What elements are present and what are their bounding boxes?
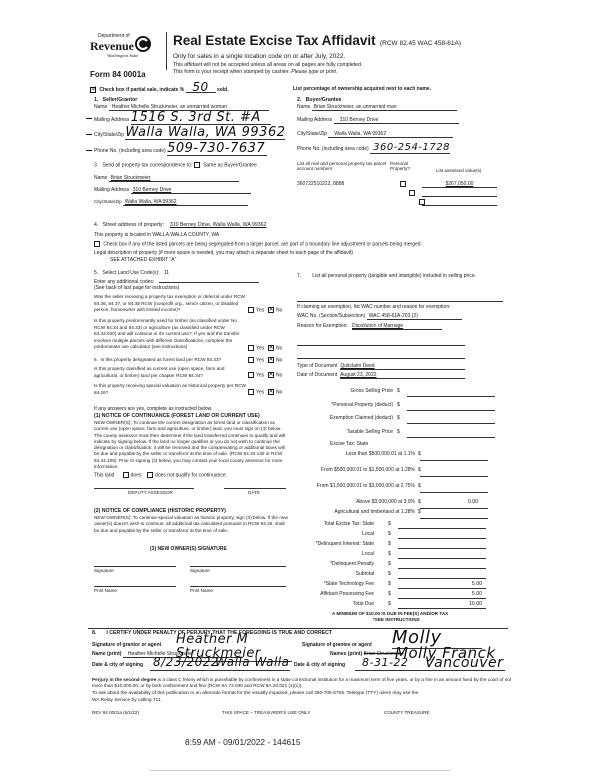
parcel-col-personal: Personal Property? bbox=[390, 161, 420, 171]
signature-label-2: Signature bbox=[190, 568, 210, 573]
tax-total-line[interactable] bbox=[398, 588, 486, 589]
currency-symbol: $ bbox=[388, 601, 391, 607]
seller-city-dash bbox=[86, 134, 92, 135]
tax-total-line[interactable] bbox=[398, 538, 486, 539]
currency-symbol: $ bbox=[388, 551, 391, 557]
buyer-phone-field[interactable]: 360-254-1728 bbox=[370, 143, 450, 154]
page-title: Real Estate Excise Tax Affidavit (RCW 82… bbox=[173, 33, 461, 48]
dor-state-label: Washington State bbox=[107, 53, 138, 58]
ownership-note: List percentage of ownership acquired ne… bbox=[293, 86, 431, 92]
parcel-value[interactable] bbox=[422, 190, 497, 197]
corr-name-row: Name Brian Struckmeier bbox=[94, 175, 239, 182]
excise-tax-label: Excise Tax: State bbox=[330, 441, 368, 447]
parcel-value[interactable]: $267,050.00 bbox=[422, 181, 497, 188]
tax-total-label: Local bbox=[264, 551, 374, 557]
parcel-list: 360722510222, 8888 $267,050.00 bbox=[0, 0, 600, 6]
notice2-title: (2) NOTICE OF COMPLIANCE (HISTORIC PROPE… bbox=[94, 508, 226, 514]
currency-symbol: $ bbox=[397, 429, 400, 435]
additional-codes-field[interactable] bbox=[159, 278, 259, 283]
yes-checkbox[interactable] bbox=[248, 307, 254, 313]
seller-mailing-row: Mailing Address 1516 S. 3rd St. #A bbox=[94, 112, 271, 125]
currency-symbol: $ bbox=[418, 467, 421, 473]
dor-logo-icon bbox=[134, 35, 152, 53]
currency-symbol: $ bbox=[418, 483, 421, 489]
corr-mailing-row: Mailing Address 310 Berney Drive bbox=[94, 187, 251, 194]
tax-row-line[interactable] bbox=[407, 437, 495, 438]
parcel-col-numbers: List all real and personal property tax … bbox=[297, 161, 389, 171]
currency-symbol: $ bbox=[418, 499, 421, 505]
street-field[interactable]: 310 Berney Drive, Walla Walla, WA 99362 bbox=[170, 222, 267, 228]
buyer-name-field[interactable]: Brian Struckmeier, an unmarried man bbox=[312, 104, 457, 111]
seller-city-field[interactable]: Walla Walla, WA 99362 bbox=[125, 127, 285, 140]
section7-row: 7. List all personal property (tangible … bbox=[297, 273, 476, 279]
partial-sale-checkbox[interactable]: ✓ bbox=[90, 87, 96, 93]
currency-symbol: $ bbox=[397, 402, 400, 408]
yes-option[interactable]: Yes bbox=[248, 357, 264, 363]
currency-symbol: $ bbox=[418, 451, 421, 457]
tax-bracket-line[interactable] bbox=[420, 476, 488, 477]
tax-total-label: *State Technology Fee bbox=[264, 581, 374, 587]
notice1-text: NEW OWNER(S): To continue the current de… bbox=[94, 420, 288, 470]
reason-line-3 bbox=[297, 358, 465, 359]
doc-type-row: Type of Document Quitclaim Deed bbox=[297, 363, 465, 370]
doc-date-field[interactable]: August 23, 2022 bbox=[340, 372, 465, 379]
tax-total-value: 5.00 bbox=[452, 581, 482, 587]
tax-bracket-value: 0.00 bbox=[448, 499, 478, 505]
yes-checkbox[interactable] bbox=[248, 372, 254, 378]
tax-total-line[interactable] bbox=[398, 578, 486, 579]
this-land-row: This land does does not qualify for cont… bbox=[94, 472, 227, 478]
additional-codes-row: Enter any additional codes: bbox=[94, 278, 259, 285]
tax-total-label: Total Due bbox=[264, 601, 374, 607]
subtitle: Only for sales in a single location code… bbox=[173, 53, 345, 60]
grantee-date[interactable]: 8-31-22 bbox=[362, 656, 408, 669]
buyer-mailing-row: Mailing Address 310 Berney Drive bbox=[297, 117, 459, 124]
partial-sale-suffix: sold. bbox=[217, 87, 229, 93]
note-receipt: This form is your receipt when stamped b… bbox=[173, 69, 337, 75]
reason-row: Reason for Exemption: Dissolution of Mar… bbox=[297, 323, 442, 330]
signature-line-1 bbox=[94, 566, 176, 567]
currency-symbol: $ bbox=[388, 561, 391, 567]
correspondence-row: 3. Send all property tax correspondence … bbox=[94, 162, 257, 168]
grantee-date-line bbox=[355, 670, 505, 671]
note-completed: This affidavit will not be accepted unle… bbox=[173, 62, 362, 68]
county-treasure: COUNTY TREASURE bbox=[384, 710, 430, 715]
located-field: WALLA WALLA COUNTY, WA bbox=[152, 232, 219, 238]
corr-name-field[interactable]: Brian Struckmeier bbox=[109, 175, 239, 182]
buyer-city-row: City/State/Zip Walla Walla, WA 99362 bbox=[297, 131, 453, 138]
seller-heading: 1. Seller/Grantor bbox=[94, 97, 137, 103]
grantor-date-label: Date & city of signing bbox=[92, 662, 143, 668]
partial-sale-label: Check box if partial sale, indicate % bbox=[99, 87, 184, 93]
currency-symbol: $ bbox=[388, 591, 391, 597]
no-option[interactable]: No bbox=[268, 307, 282, 313]
yes-checkbox[interactable] bbox=[248, 357, 254, 363]
corr-city-field[interactable]: Walla Walla, WA 99362 bbox=[123, 199, 248, 206]
tax-total-line[interactable] bbox=[398, 568, 486, 569]
grantee-date-label: Date & city of signing bbox=[294, 662, 345, 668]
seller-mailing-dash bbox=[86, 118, 92, 119]
yes-no-question: Is this property predominantly used for … bbox=[94, 318, 246, 351]
treasurer-use: THIS SPACE – TREASURER'S USE ONLY bbox=[222, 710, 310, 715]
tax-row-label: Exemption Claimed (deduct) bbox=[273, 415, 393, 421]
yes-checkbox[interactable] bbox=[248, 389, 254, 395]
located-row: This property is located in WALLA WALLA … bbox=[94, 232, 219, 238]
wac-row: WAC No. (Section/Subsection) WAC 458-61A… bbox=[297, 313, 462, 320]
no-option[interactable]: No bbox=[268, 372, 282, 378]
no-checkbox[interactable] bbox=[268, 372, 274, 378]
no-checkbox[interactable] bbox=[268, 307, 274, 313]
header-divider bbox=[166, 32, 167, 70]
segregated-checkbox[interactable] bbox=[94, 241, 100, 247]
if-yes-note: If any answers are yes, complete as inst… bbox=[94, 406, 212, 412]
yes-no-question: Was the seller receiving a property tax … bbox=[94, 294, 246, 314]
same-as-buyer-checkbox[interactable] bbox=[194, 162, 200, 168]
street-row: 4. Street address of property: 310 Berne… bbox=[94, 222, 266, 228]
new-owner-signature-heading: (3) NEW OWNER(S) SIGNATURE bbox=[150, 546, 227, 552]
grantee-city[interactable]: Vancouver bbox=[425, 655, 503, 671]
tax-total-line[interactable] bbox=[398, 558, 486, 559]
buyer-name-row: Name Brian Struckmeier, an unmarried man bbox=[297, 104, 457, 111]
legal-description: SEE ATTACHED EXHIBIT "A" bbox=[110, 257, 176, 263]
grantee-sig-label: Signature of grantee or agent bbox=[302, 642, 372, 648]
tax-bracket-label: From $500,000.01 to $1,500,000 at 1.28% bbox=[255, 467, 415, 473]
yes-checkbox[interactable] bbox=[248, 345, 254, 351]
note-receipt-text: This form is your receipt when stamped b… bbox=[173, 69, 290, 75]
does-not-checkbox[interactable] bbox=[147, 472, 153, 478]
personal-property-line bbox=[297, 301, 503, 302]
no-option[interactable]: No bbox=[268, 345, 282, 351]
yes-no-question: Is this property receiving special valua… bbox=[94, 383, 246, 396]
title-ref: (RCW 82.45 WAC 458-61A) bbox=[380, 40, 461, 47]
seller-phone-field[interactable]: 509-730-7637 bbox=[167, 143, 267, 156]
doc-date-row: Date of Document August 23, 2022 bbox=[297, 372, 465, 379]
currency-symbol: $ bbox=[388, 531, 391, 537]
tax-total-line[interactable] bbox=[398, 548, 486, 549]
tax-total-line[interactable] bbox=[398, 528, 486, 529]
corr-city-row: City/State/Zip Walla Walla, WA 99362 bbox=[94, 199, 248, 206]
tax-total-label: Affidavit Processing Fee bbox=[264, 591, 374, 597]
tax-total-line[interactable] bbox=[398, 608, 486, 609]
dor-revenue-label: Revenue bbox=[90, 39, 134, 54]
yes-option[interactable]: Yes bbox=[248, 307, 264, 313]
tax-row-label: Taxable Selling Price bbox=[273, 429, 393, 435]
no-checkbox[interactable] bbox=[268, 345, 274, 351]
tax-row-label: *Personal Property (deduct) bbox=[273, 402, 393, 408]
print-name-label-2: Print Name bbox=[190, 588, 213, 593]
dor-logo: Department of Revenue Washington State bbox=[90, 33, 160, 61]
tax-total-value: 5.00 bbox=[452, 591, 482, 597]
no-option[interactable]: No bbox=[268, 357, 282, 363]
currency-symbol: $ bbox=[388, 571, 391, 577]
grantor-sig-label: Signature of grantor or agent bbox=[92, 642, 161, 648]
yes-option[interactable]: Yes bbox=[248, 389, 264, 395]
land-use-row: 5. Select Land Use Code(s): 11 bbox=[94, 270, 169, 276]
yes-no-question: Is this property classified as current u… bbox=[94, 366, 246, 379]
reason-line-2 bbox=[297, 345, 465, 346]
tax-total-label: *Delinquent Penalty bbox=[264, 561, 374, 567]
land-use-code[interactable]: 11 bbox=[164, 270, 169, 276]
grantor-city[interactable]: Walla Walla bbox=[215, 655, 289, 669]
exemption-label: If claiming an exemption, list WAC numbe… bbox=[297, 304, 451, 310]
perjury-note: Perjury in the second degree is a class … bbox=[92, 677, 512, 689]
doc-type-field[interactable]: Quitclaim Deed bbox=[340, 363, 465, 370]
yes-option[interactable]: Yes bbox=[248, 345, 264, 351]
tax-total-value: 10.00 bbox=[452, 601, 482, 607]
tax-row-line[interactable] bbox=[407, 396, 495, 397]
minimum-note: A MINIMUM OF $10.00 IS DUE IN FEE(S) AND… bbox=[332, 611, 448, 616]
tax-bracket-line[interactable] bbox=[420, 508, 488, 509]
print-name-line-1 bbox=[94, 586, 176, 587]
tax-total-label: Total Excise Tax: State bbox=[264, 521, 374, 527]
print-name-label-1: Print Name bbox=[94, 588, 117, 593]
does-checkbox[interactable] bbox=[123, 472, 129, 478]
yes-no-question: 6. Is this property designated as forest… bbox=[94, 357, 246, 364]
wac-field[interactable]: WAC 458-61A-203 (2) bbox=[367, 313, 462, 320]
buyer-heading: 2. Buyer/Grantee bbox=[297, 97, 341, 103]
seller-phone-row: Phone No. (including area code) 509-730-… bbox=[94, 143, 267, 156]
notice1-title: (1) NOTICE OF CONTINUANCE (FOREST LAND O… bbox=[94, 413, 260, 419]
form-number: Form 84 0001a bbox=[90, 70, 146, 79]
tax-bracket-label: Less than $500,000.01 at 1.1% bbox=[255, 451, 415, 457]
signature-label-1: Signature bbox=[94, 568, 114, 573]
no-checkbox[interactable] bbox=[268, 357, 274, 363]
corr-mailing-field[interactable]: 310 Berney Drive bbox=[131, 187, 251, 194]
buyer-mailing-field[interactable]: 310 Berney Drive bbox=[334, 117, 459, 124]
parcel-number[interactable]: 360722510222, 8888 bbox=[297, 181, 344, 187]
legal-label: Legal description of property (if more s… bbox=[94, 250, 353, 256]
see-back-note: (See back of last page for instructions) bbox=[94, 285, 179, 291]
tax-bracket-line[interactable] bbox=[420, 460, 488, 461]
reason-field[interactable]: Dissolution of Marriage bbox=[352, 323, 442, 330]
buyer-city-field[interactable]: Walla Walla, WA 99362 bbox=[328, 131, 453, 138]
tax-bracket-line[interactable] bbox=[420, 518, 488, 519]
partial-sale-row: ✓ Check box if partial sale, indicate % … bbox=[90, 82, 229, 93]
currency-symbol: $ bbox=[397, 388, 400, 394]
grantor-date-line bbox=[150, 670, 290, 671]
parcel-col-values: List assessed value(s) bbox=[436, 168, 481, 173]
accessibility-note: To ask about the availability of this pu… bbox=[92, 691, 422, 704]
deputy-line bbox=[94, 488, 194, 489]
rev-number: REV 84 0001a (6/1/22) bbox=[92, 710, 139, 715]
tax-total-label: *Delinquent Interest: State bbox=[264, 541, 374, 547]
tax-row-line[interactable] bbox=[407, 423, 495, 424]
tax-bracket-label: Above $3,000,000 at 3.0% bbox=[255, 499, 415, 505]
tax-total-label: Local bbox=[264, 531, 374, 537]
parcel-value[interactable] bbox=[422, 199, 497, 206]
timestamp-stamp: 8:59 AM - 09/01/2022 - 144615 bbox=[185, 737, 300, 747]
bottom-rule bbox=[150, 770, 450, 771]
currency-symbol: $ bbox=[388, 521, 391, 527]
buyer-phone-row: Phone No. (including area code) 360-254-… bbox=[297, 143, 450, 154]
tax-row-label: Gross Selling Price bbox=[273, 388, 393, 394]
deputy-assessor-label: DEPUTY ASSESSOR bbox=[128, 490, 173, 495]
date-label: DATE bbox=[248, 490, 260, 495]
yes-option[interactable]: Yes bbox=[248, 372, 264, 378]
currency-symbol: $ bbox=[388, 581, 391, 587]
see-instructions: *SEE INSTRUCTIONS bbox=[373, 617, 420, 622]
partial-sale-value[interactable]: 50 bbox=[186, 82, 216, 93]
seller-city-row: City/State/Zip Walla Walla, WA 99362 bbox=[94, 127, 285, 140]
notice2-text: NEW OWNER(S): To continue special valuat… bbox=[94, 515, 288, 534]
currency-symbol: $ bbox=[418, 509, 421, 515]
note-print: Please type or print. bbox=[291, 69, 337, 75]
grantor-date[interactable]: 8/23/2022 bbox=[153, 655, 219, 669]
tax-total-line[interactable] bbox=[398, 598, 486, 599]
currency-symbol: $ bbox=[388, 541, 391, 547]
tax-row-line[interactable] bbox=[407, 410, 495, 411]
tax-bracket-label: Agricultural and timberland at 1.28% bbox=[255, 509, 415, 515]
seller-phone-dash bbox=[86, 150, 92, 151]
tax-bracket-label: From $1,500,000.01 to $3,000,000 at 2.75… bbox=[255, 483, 415, 489]
tax-bracket-line[interactable] bbox=[420, 492, 488, 493]
parcel-personal-checkbox[interactable] bbox=[409, 190, 415, 196]
tax-total-label: Subtotal bbox=[264, 571, 374, 577]
title-text: Real Estate Excise Tax Affidavit bbox=[173, 33, 376, 48]
segregated-row: Check box if any of the listed parcels a… bbox=[94, 241, 422, 247]
currency-symbol: $ bbox=[397, 415, 400, 421]
seller-mailing-field[interactable]: 1516 S. 3rd St. #A bbox=[131, 112, 271, 125]
parcel-personal-checkbox[interactable] bbox=[400, 181, 406, 187]
